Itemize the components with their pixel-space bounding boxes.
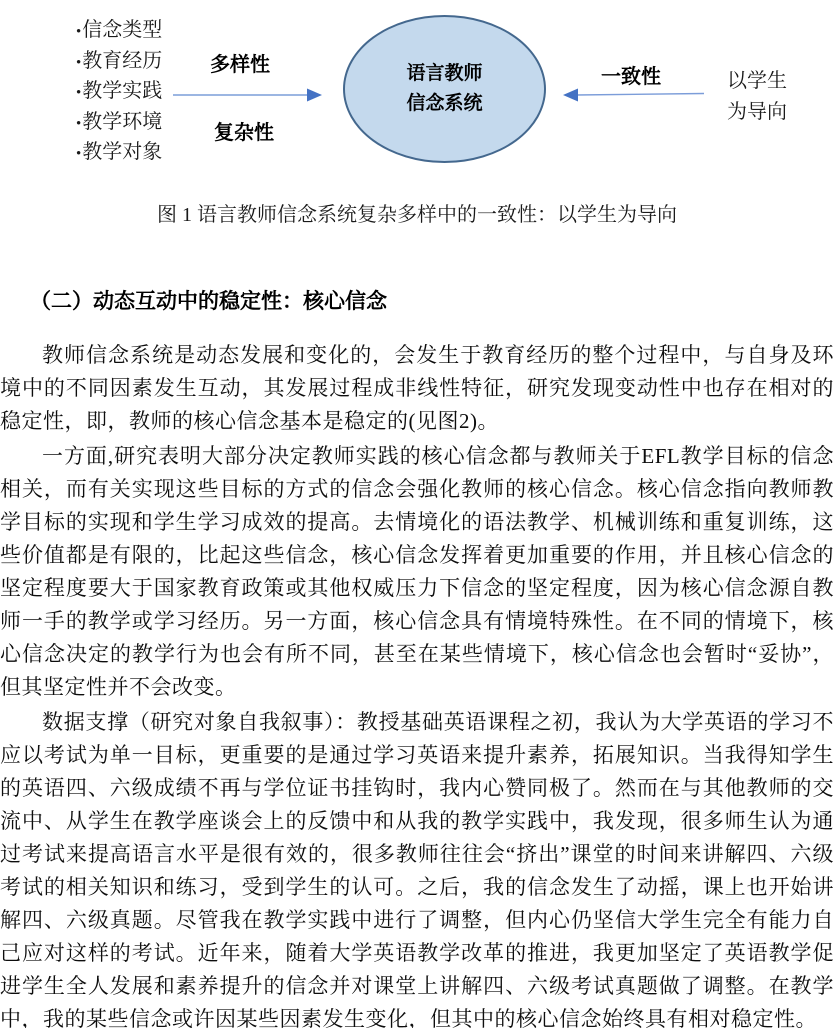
figure-caption: 图 1 语言教师信念系统复杂多样中的一致性：以学生为导向 [0,198,834,227]
document-page: •信念类型 •教育经历 •教学实践 •教学环境 •教学对象 多样性 复杂性 语言… [0,0,834,1028]
left-arrow-icon [563,85,705,105]
factor-item: •信念类型 [76,16,162,47]
body-paragraph: 数据支撑（研究对象自我叙事）：教授基础英语课程之初，我认为大学英语的学习不应以考… [0,706,834,1028]
orientation-line2: 为导向 [727,97,787,128]
student-oriented-text: 以学生 为导向 [727,66,787,128]
figure-1-diagram: •信念类型 •教育经历 •教学实践 •教学环境 •教学对象 多样性 复杂性 语言… [0,0,834,186]
factor-item: •教学环境 [76,108,162,139]
bullet-icon: • [76,146,81,162]
bullet-icon: • [76,24,81,40]
ellipse-text-line2: 信念系统 [406,89,482,119]
body-paragraph: 一方面,研究表明大部分决定教师实践的核心信念都与教师关于EFL教学目标的信念相关… [0,440,834,704]
factor-label: 教育经历 [82,50,162,72]
belief-system-ellipse: 语言教师 信念系统 [343,15,546,163]
body-paragraph: 教师信念系统是动态发展和变化的，会发生于教育经历的整个过程中，与自身及环境中的不… [0,339,834,438]
bullet-icon: • [76,116,81,132]
complexity-label: 复杂性 [214,116,274,145]
factor-item: •教学对象 [76,138,162,169]
bullet-icon: • [76,55,81,71]
factor-label: 教学环境 [82,111,162,133]
factor-label: 教学实践 [82,80,162,102]
orientation-line1: 以学生 [727,66,787,97]
factor-label: 教学对象 [82,141,162,163]
bullet-icon: • [76,85,81,101]
section-heading: （二）动态互动中的稳定性：核心信念 [0,285,834,315]
factor-list: •信念类型 •教育经历 •教学实践 •教学环境 •教学对象 [76,16,162,169]
factor-item: •教育经历 [76,47,162,78]
factor-label: 信念类型 [82,19,162,41]
factor-item: •教学实践 [76,77,162,108]
right-arrow-icon [172,85,322,105]
diversity-label: 多样性 [210,48,270,77]
ellipse-text-line1: 语言教师 [406,59,482,89]
